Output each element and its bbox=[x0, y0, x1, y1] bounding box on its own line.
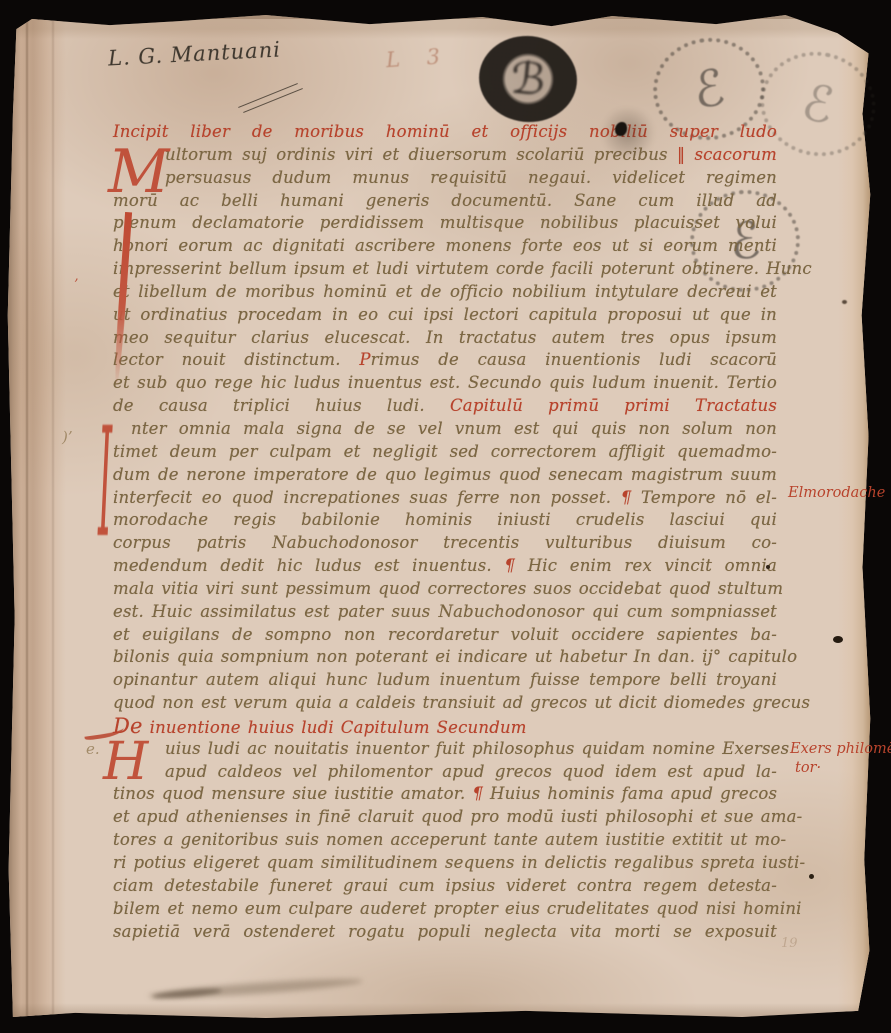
margin-mark: e. bbox=[86, 740, 100, 758]
text-line: tinos quod mensure siue iustitie amator.… bbox=[113, 783, 777, 806]
text-line: dum de nerone imperatore de quo legimus … bbox=[113, 464, 777, 487]
text-line: de causa triplici huius ludi. Capitulū p… bbox=[113, 395, 777, 418]
text-run: Capitulū primū primi Tractatus bbox=[450, 396, 777, 415]
manuscript-photo: L. G. Mantuani L 3 19 ℬ ℰ ℰ ℰ Incipit li… bbox=[0, 0, 891, 1033]
text-run: corpus patris Nabuchodonosor trecentis v… bbox=[113, 533, 777, 552]
margin-note-exerses-2: tor· bbox=[795, 760, 821, 776]
text-run: plenum declamatorie perdidissem multisqu… bbox=[113, 213, 777, 232]
text-run: ¶ bbox=[504, 556, 527, 575]
text-line: De inuentione huius ludi Capitulum Secun… bbox=[113, 715, 777, 738]
text-line: est. Huic assimilatus est pater suus Nab… bbox=[113, 601, 777, 624]
text-line: lector nouit distinctum. Primus de causa… bbox=[113, 349, 777, 372]
worm-hole bbox=[809, 874, 814, 879]
text-line: sapietiā verā ostenderet rogatu populi n… bbox=[113, 921, 777, 944]
text-run: honori eorum ac dignitati ascribere mone… bbox=[113, 236, 777, 255]
text-line: timet deum per culpam et negligit sed co… bbox=[113, 441, 777, 464]
text-run: bilem et nemo eum culpare auderet propte… bbox=[113, 899, 802, 918]
text-run: tores a genitoribus suis nomen acceperun… bbox=[113, 830, 786, 849]
text-line: ultorum suj ordinis viri et diuersorum s… bbox=[113, 144, 777, 167]
text-run: ut ordinatius procedam in eo cui ipsi le… bbox=[113, 305, 777, 324]
stamp-monogram-icon: ℬ bbox=[508, 52, 548, 106]
text-run: persuasus dudum munus requisitū negaui. … bbox=[165, 168, 777, 187]
margin-note-elmorodache: Elmorodache bbox=[788, 485, 885, 501]
text-run: et euigilans de sompno non recordaretur … bbox=[113, 625, 777, 644]
stamp-monogram-icon: ℰ bbox=[690, 58, 728, 120]
text-run: morodache regis babilonie hominis iniust… bbox=[113, 510, 777, 529]
text-run: timet deum per culpam et negligit sed co… bbox=[113, 442, 777, 461]
text-line: interfecit eo quod increpationes suas fe… bbox=[113, 487, 777, 510]
text-run: mala vitia viri sunt pessimum quod corre… bbox=[113, 579, 783, 598]
initial-H: H bbox=[103, 736, 148, 788]
text-run: dum de nerone imperatore de quo legimus … bbox=[113, 465, 777, 484]
text-line: ut ordinatius procedam in eo cui ipsi le… bbox=[113, 304, 777, 327]
text-run: lector nouit distinctum. bbox=[113, 350, 359, 369]
text-line: mala vitia viri sunt pessimum quod corre… bbox=[113, 578, 777, 601]
text-run: meo sequitur clarius elucescat. In tract… bbox=[113, 328, 777, 347]
text-line: honori eorum ac dignitati ascribere mone… bbox=[113, 235, 777, 258]
text-line: plenum declamatorie perdidissem multisqu… bbox=[113, 212, 777, 235]
text-run: impresserint bellum ipsum et ludi virtut… bbox=[113, 259, 812, 278]
text-line: ri potius eligeret quam similitudinem se… bbox=[113, 852, 777, 875]
text-run: apud caldeos vel philomentor apud grecos… bbox=[165, 762, 777, 781]
text-line: Incipit liber de moribus hominū et offic… bbox=[113, 121, 777, 144]
text-run: Tempore nō el- bbox=[641, 488, 777, 507]
ink-stain bbox=[598, 108, 658, 158]
text-run: morū ac belli humani generis documentū. … bbox=[113, 191, 777, 210]
margin-note-exerses-1: Exers philomē bbox=[790, 741, 891, 757]
initial-I: I bbox=[98, 409, 112, 560]
text-run: sapietiā verā ostenderet rogatu populi n… bbox=[113, 922, 777, 941]
margin-mark-red: ’ bbox=[74, 277, 78, 293]
text-line: impresserint bellum ipsum et ludi virtut… bbox=[113, 258, 777, 281]
text-line: meo sequitur clarius elucescat. In tract… bbox=[113, 327, 777, 350]
text-run: medendum dedit hic ludus est inuentus. bbox=[113, 556, 504, 575]
text-run: rimus de causa inuentionis ludi scacorū bbox=[371, 350, 777, 369]
binding-crease bbox=[52, 13, 54, 1021]
text-line: bilem et nemo eum culpare auderet propte… bbox=[113, 898, 777, 921]
text-line: et sub quo rege hic ludus inuentus est. … bbox=[113, 372, 777, 395]
text-line: tores a genitoribus suis nomen acceperun… bbox=[113, 829, 777, 852]
text-line: medendum dedit hic ludus est inuentus. ¶… bbox=[113, 555, 777, 578]
text-line: ciam detestabile funeret graui cum ipsiu… bbox=[113, 875, 777, 898]
text-run: et apud athenienses in finē claruit quod… bbox=[113, 807, 802, 826]
text-run: P bbox=[359, 350, 370, 369]
text-run: ri potius eligeret quam similitudinem se… bbox=[113, 853, 805, 872]
text-run: tinos quod mensure siue iustitie amator. bbox=[113, 784, 472, 803]
text-line: morodache regis babilonie hominis iniust… bbox=[113, 509, 777, 532]
faint-folio-mark: 19 bbox=[781, 936, 798, 951]
text-run: inuentione huius ludi Capitulum Secundum bbox=[143, 718, 527, 737]
text-line: corpus patris Nabuchodonosor trecentis v… bbox=[113, 532, 777, 555]
text-block: Incipit liber de moribus hominū et offic… bbox=[113, 121, 777, 943]
text-run: scacorum bbox=[695, 145, 777, 164]
text-run: ¶ bbox=[472, 784, 490, 803]
text-line: nter omnia mala signa de se vel vnum est… bbox=[113, 418, 777, 441]
text-run: nter omnia mala signa de se vel vnum est… bbox=[131, 419, 777, 438]
text-line: apud caldeos vel philomentor apud grecos… bbox=[113, 761, 777, 784]
initial-M: M bbox=[108, 142, 169, 202]
faint-shelfmark: L 3 bbox=[385, 44, 451, 72]
text-run: bilonis quia sompnium non poterant ei in… bbox=[113, 647, 797, 666]
text-run: Huius hominis fama apud grecos bbox=[490, 784, 777, 803]
text-line: persuasus dudum munus requisitū negaui. … bbox=[113, 167, 777, 190]
text-run: et sub quo rege hic ludus inuentus est. … bbox=[113, 373, 777, 392]
text-run: ¶ bbox=[621, 488, 641, 507]
text-run: uius ludi ac nouitatis inuentor fuit phi… bbox=[165, 739, 789, 758]
text-line: uius ludi ac nouitatis inuentor fuit phi… bbox=[113, 738, 777, 761]
text-line: et euigilans de sompno non recordaretur … bbox=[113, 624, 777, 647]
binding-crease bbox=[26, 13, 28, 1021]
worm-hole bbox=[842, 300, 847, 304]
text-line: quod non est verum quia a caldeis transi… bbox=[113, 692, 777, 715]
text-run: quod non est verum quia a caldeis transi… bbox=[113, 693, 810, 712]
text-run: ultorum suj ordinis viri et diuersorum s… bbox=[165, 145, 668, 164]
worm-hole bbox=[766, 565, 770, 569]
stamp-monogram-icon: ℰ bbox=[797, 72, 839, 135]
text-run: ciam detestabile funeret graui cum ipsiu… bbox=[113, 876, 777, 895]
text-line: et apud athenienses in finē claruit quod… bbox=[113, 806, 777, 829]
text-run: interfecit eo quod increpationes suas fe… bbox=[113, 488, 621, 507]
text-line: morū ac belli humani generis documentū. … bbox=[113, 190, 777, 213]
text-line: opinantur autem aliqui hunc ludum inuent… bbox=[113, 669, 777, 692]
text-run: Incipit liber de moribus hominū et offic… bbox=[113, 122, 777, 141]
margin-mark: )’ bbox=[62, 428, 73, 446]
text-run: Hic enim rex vincit omnia bbox=[528, 556, 777, 575]
text-run: et libellum de moribus hominū et de offi… bbox=[113, 282, 777, 301]
worm-hole bbox=[833, 636, 843, 643]
text-line: bilonis quia sompnium non poterant ei in… bbox=[113, 646, 777, 669]
text-run: opinantur autem aliqui hunc ludum inuent… bbox=[113, 670, 777, 689]
text-line: et libellum de moribus hominū et de offi… bbox=[113, 281, 777, 304]
text-run: de causa triplici huius ludi. bbox=[113, 396, 450, 415]
text-run: est. Huic assimilatus est pater suus Nab… bbox=[113, 602, 777, 621]
text-run: ‖ bbox=[668, 145, 695, 164]
